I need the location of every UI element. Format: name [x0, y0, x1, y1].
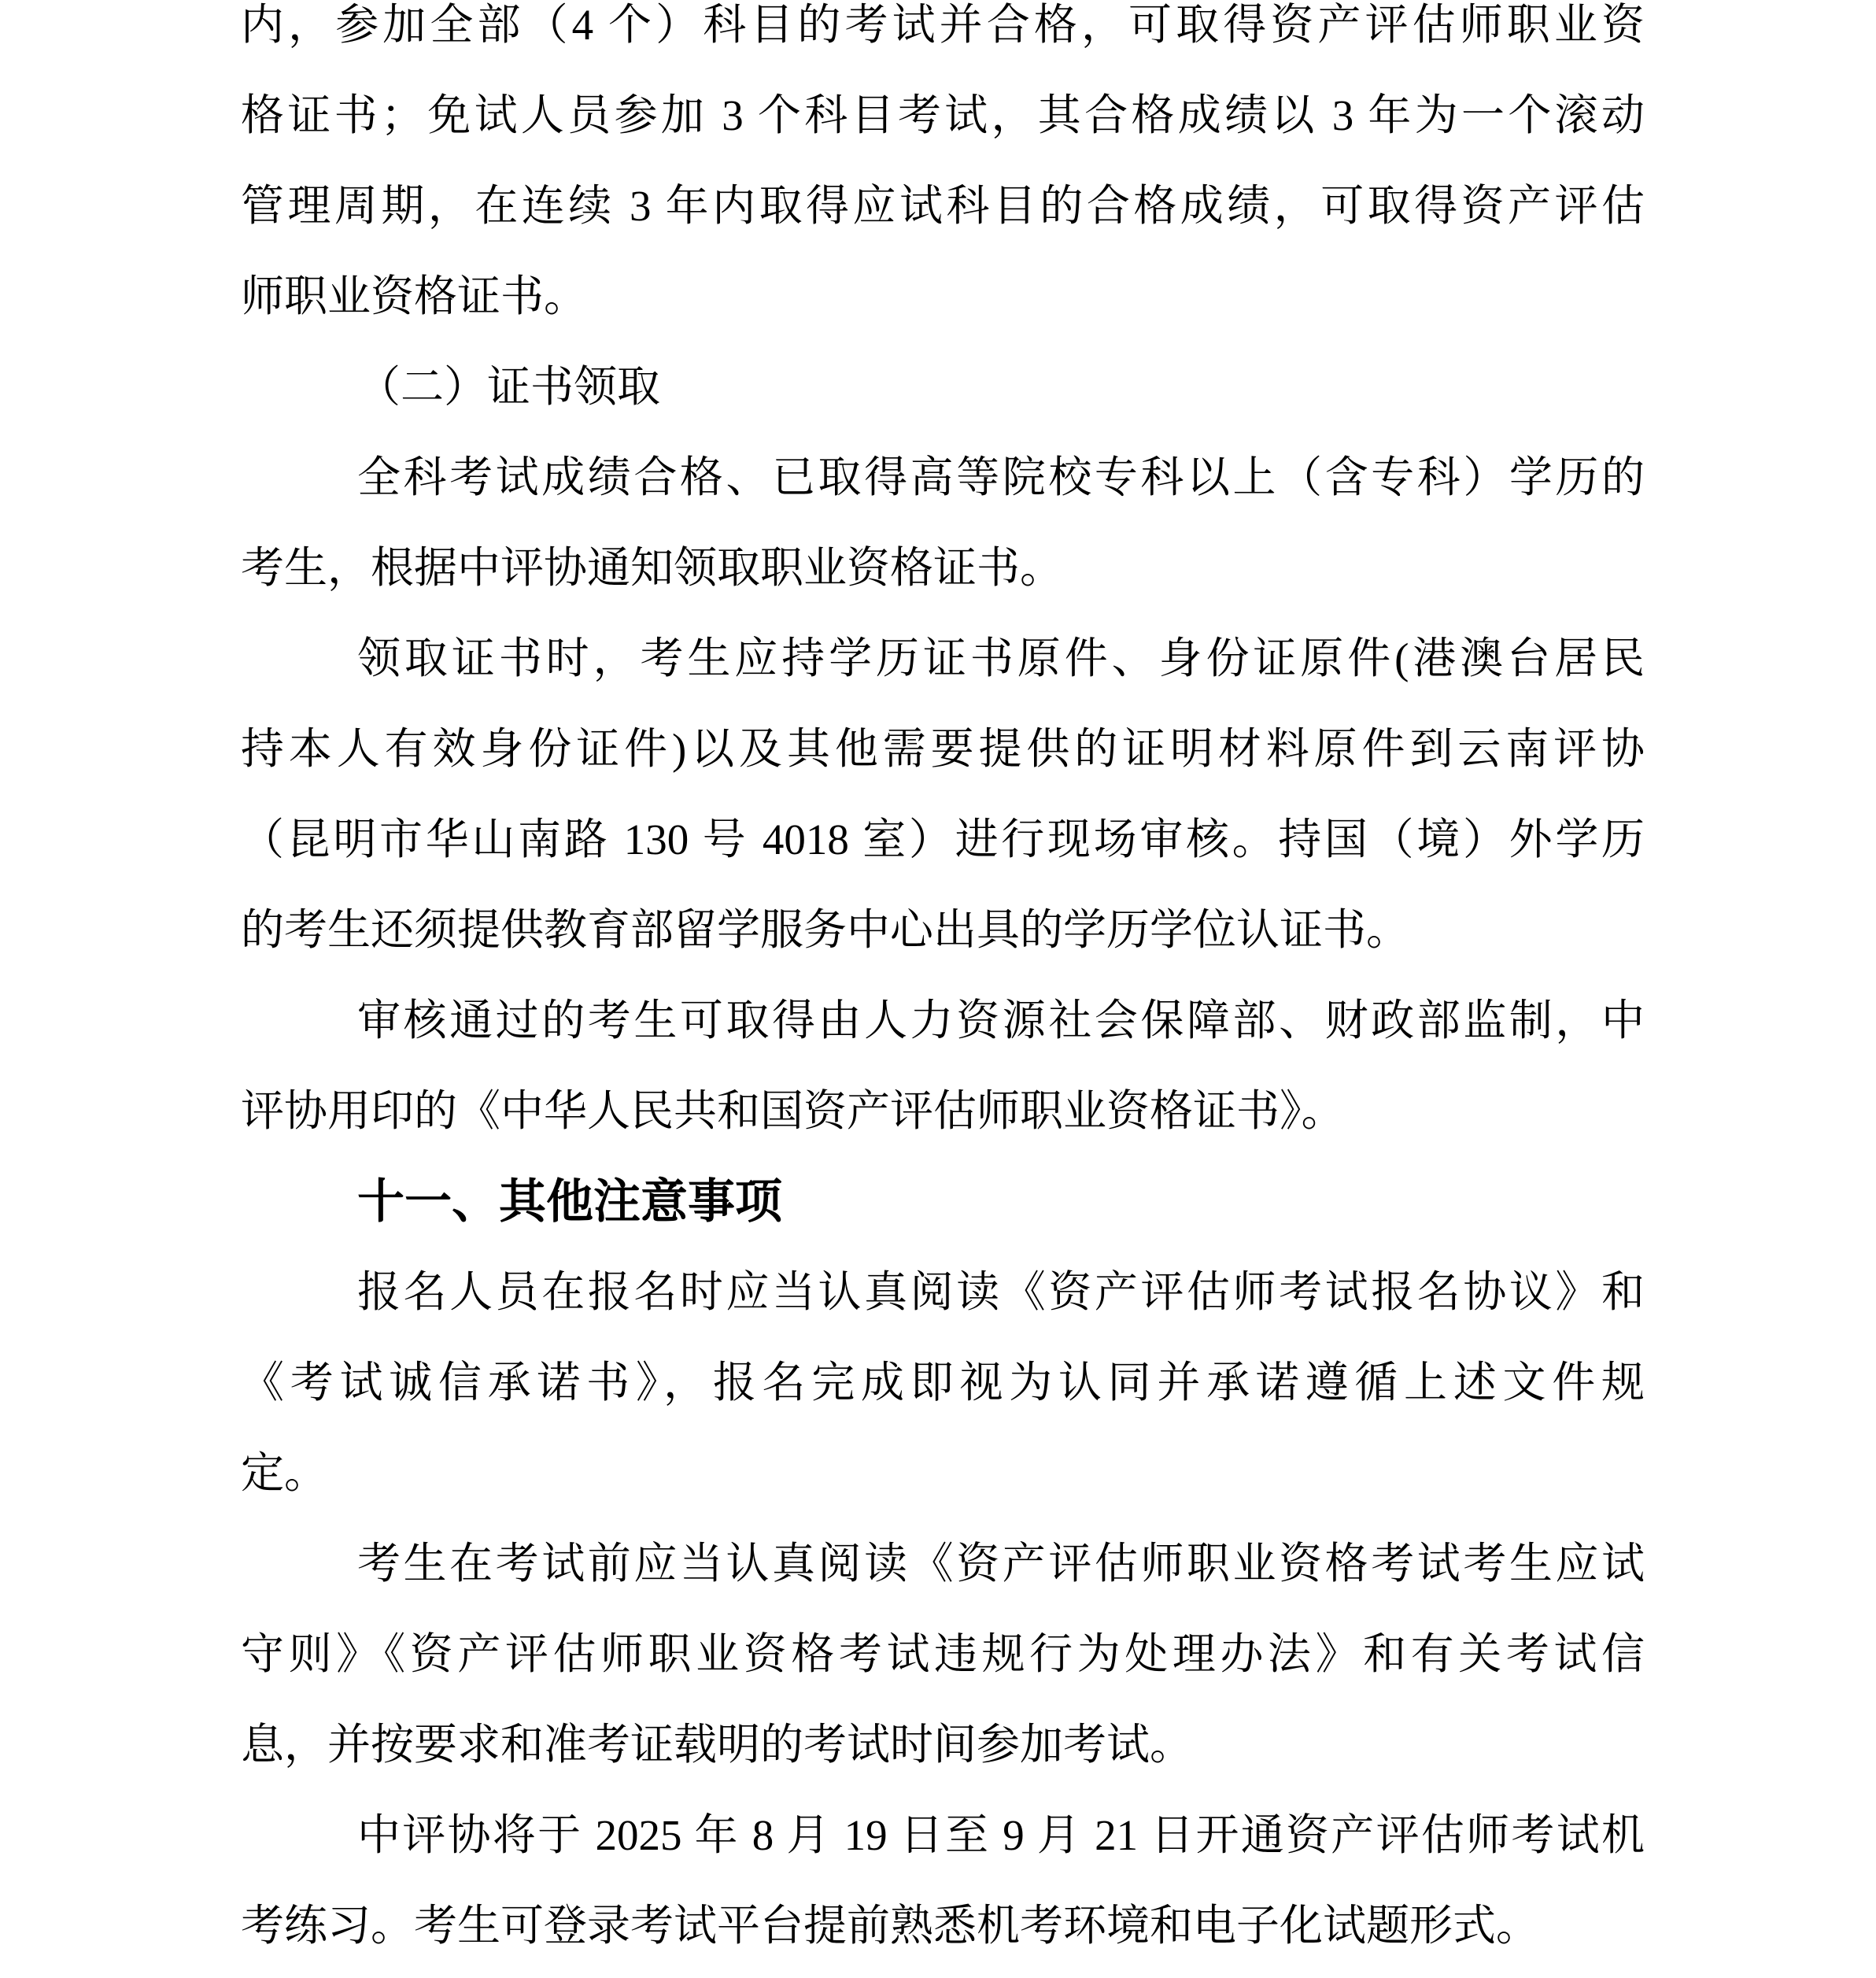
text-line: （昆明市华山南路 130 号 4018 室）进行现场审核。持国（境）外学历	[241, 794, 1645, 885]
text-line: 《考试诚信承诺书》，报名完成即视为认同并承诺遵循上述文件规	[241, 1337, 1645, 1428]
text-line: 持本人有效身份证件)以及其他需要提供的证明材料原件到云南评协	[241, 704, 1645, 794]
text-line: 管理周期，在连续 3 年内取得应试科目的合格成绩，可取得资产评估	[241, 161, 1645, 251]
text-line: 格证书；免试人员参加 3 个科目考试，其合格成绩以 3 年为一个滚动	[241, 70, 1645, 161]
text-line: 评协用印的《中华人民共和国资产评估师职业资格证书》。	[241, 1066, 1645, 1156]
text-line: 的考生还须提供教育部留学服务中心出具的学历学位认证书。	[241, 885, 1645, 975]
document-page: 内，参加全部（4 个）科目的考试并合格，可取得资产评估师职业资 格证书；免试人员…	[0, 0, 1876, 1978]
text-line: 考生在考试前应当认真阅读《资产评估师职业资格考试考生应试	[241, 1518, 1645, 1609]
text-line: 师职业资格证书。	[241, 251, 1645, 342]
text-line: 息，并按要求和准考证载明的考试时间参加考试。	[241, 1699, 1645, 1790]
text-line: 内，参加全部（4 个）科目的考试并合格，可取得资产评估师职业资	[241, 0, 1645, 70]
text-line: 定。	[241, 1428, 1645, 1518]
section-heading: 十一、其他注意事项	[241, 1156, 1645, 1247]
text-line: 全科考试成绩合格、已取得高等院校专科以上（含专科）学历的	[241, 432, 1645, 523]
text-line: 报名人员在报名时应当认真阅读《资产评估师考试报名协议》和	[241, 1247, 1645, 1337]
text-line: 考生，根据中评协通知领取职业资格证书。	[241, 523, 1645, 613]
subsection-title: （二）证书领取	[241, 342, 1645, 432]
text-line: 中评协将于 2025 年 8 月 19 日至 9 月 21 日开通资产评估师考试…	[241, 1790, 1645, 1880]
text-line: 守则》《资产评估师职业资格考试违规行为处理办法》和有关考试信	[241, 1609, 1645, 1699]
text-line: 领取证书时，考生应持学历证书原件、身份证原件(港澳台居民	[241, 613, 1645, 704]
document-text-block: 内，参加全部（4 个）科目的考试并合格，可取得资产评估师职业资 格证书；免试人员…	[241, 0, 1645, 1971]
text-line: 审核通过的考生可取得由人力资源社会保障部、财政部监制，中	[241, 975, 1645, 1066]
text-line: 考练习。考生可登录考试平台提前熟悉机考环境和电子化试题形式。	[241, 1880, 1645, 1971]
